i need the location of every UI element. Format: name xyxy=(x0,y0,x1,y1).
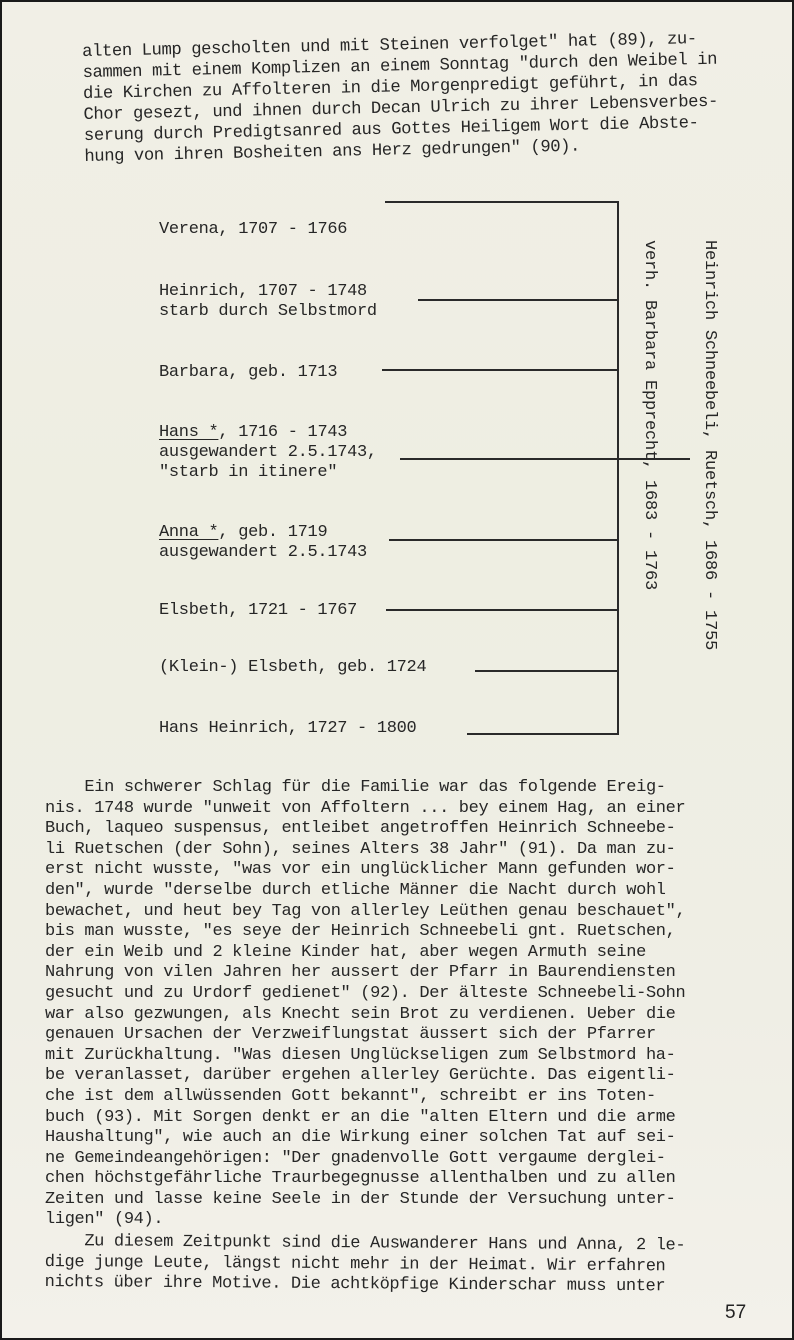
text-line: ligen" (94). xyxy=(45,1210,765,1231)
mother-line: verh. Barbara Epprecht, 1683 - 1763 xyxy=(639,240,659,700)
child-name: (Klein-) Elsbeth xyxy=(159,658,317,677)
child-dates: , geb. 1719 xyxy=(218,523,327,542)
text-line: genauen Ursachen der Verzweiflungstat äu… xyxy=(45,1025,765,1046)
text-line: chen höchstgefährliche Traurbegegnusse a… xyxy=(45,1169,765,1190)
scanned-page: alten Lump gescholten und mit Steinen ve… xyxy=(2,2,792,1338)
child-dates: , 1707 - 1766 xyxy=(218,220,347,239)
child-entry-verena: Verena, 1707 - 1766 xyxy=(159,220,347,240)
child-dates: , 1727 - 1800 xyxy=(288,719,417,738)
child-name: Hans Heinrich xyxy=(159,719,288,738)
child-entry-klein-elsbeth: (Klein-) Elsbeth, geb. 1724 xyxy=(159,658,426,678)
child-note: starb durch Selbstmord xyxy=(159,302,377,321)
child-dates: , 1721 - 1767 xyxy=(228,601,357,620)
child-note: "starb in itinere" xyxy=(159,463,337,482)
child-note: ausgewandert 2.5.1743, xyxy=(159,443,377,462)
child-note: ausgewandert 2.5.1743 xyxy=(159,543,367,562)
paragraph-emigrants: Zu diesem Zeitpunkt sind die Auswanderer… xyxy=(45,1232,765,1299)
child-dates: , geb. 1713 xyxy=(228,363,337,382)
text-line: den", wurde "derselbe durch etliche Männ… xyxy=(45,881,765,902)
child-entry-heinrich: Heinrich, 1707 - 1748 starb durch Selbst… xyxy=(159,282,377,322)
child-entry-anna: Anna *, geb. 1719 ausgewandert 2.5.1743 xyxy=(159,523,367,563)
child-dates: , 1707 - 1748 xyxy=(238,282,367,301)
text-line: Haushaltung", wie auch an die Wirkung ei… xyxy=(45,1128,765,1149)
text-line: ne Gemeindeangehörigen: "Der gnadenvolle… xyxy=(45,1149,765,1170)
connector-anna xyxy=(389,539,619,541)
connector-hans-heinrich xyxy=(467,733,619,735)
text-line: bewachet, und heut bey Tag von allerley … xyxy=(45,902,765,923)
family-tree: Verena, 1707 - 1766 Heinrich, 1707 - 174… xyxy=(2,2,792,802)
connector-klein-elsbeth xyxy=(475,670,619,672)
child-dates: , 1716 - 1743 xyxy=(218,423,347,442)
text-line: buch (93). Mit Sorgen denkt er an die "a… xyxy=(45,1108,765,1129)
child-name: Barbara xyxy=(159,363,228,382)
connector-verena xyxy=(385,201,619,203)
text-line: gesucht und zu Urdorf gedienet" (92). De… xyxy=(45,984,765,1005)
text-line: war also gezwungen, als Knecht sein Brot… xyxy=(45,1005,765,1026)
text-line: der ein Weib und 2 kleine Kinder hat, ab… xyxy=(45,943,765,964)
child-entry-barbara: Barbara, geb. 1713 xyxy=(159,363,337,383)
child-entry-hans-heinrich: Hans Heinrich, 1727 - 1800 xyxy=(159,719,416,739)
connector-heinrich xyxy=(418,299,619,301)
page-number: 57 xyxy=(725,1302,746,1324)
text-line: li Ruetschen (der Sohn), seines Alters 3… xyxy=(45,840,765,861)
text-line: che ist dem allwüssenden Gott bekannt", … xyxy=(45,1087,765,1108)
text-line: mit Zurückhaltung. "Was diesen Unglückse… xyxy=(45,1046,765,1067)
child-name: Elsbeth xyxy=(159,601,228,620)
child-name: Verena xyxy=(159,220,218,239)
child-entry-hans: Hans *, 1716 - 1743 ausgewandert 2.5.174… xyxy=(159,423,377,483)
paragraph-suicide-event: Ein schwerer Schlag für die Familie war … xyxy=(45,778,765,1231)
child-entry-elsbeth: Elsbeth, 1721 - 1767 xyxy=(159,601,357,621)
text-line: Nahrung von vilen Jahren her aussert der… xyxy=(45,963,765,984)
text-line: bis man wusste, "es seye der Heinrich Sc… xyxy=(45,922,765,943)
text-line: nichts über ihre Motive. Die achtköpfige… xyxy=(45,1273,765,1299)
text-line: nis. 1748 wurde "unweit von Affoltern ..… xyxy=(45,799,765,820)
text-line: erst nicht wusste, "was vor ein unglückl… xyxy=(45,860,765,881)
child-name: Anna * xyxy=(159,523,218,542)
child-name: Heinrich xyxy=(159,282,238,301)
child-dates: , geb. 1724 xyxy=(317,658,426,677)
text-line: Zeiten und lasse keine Seele in der Stun… xyxy=(45,1190,765,1211)
parents-label: Heinrich Schneebeli, Ruetsch, 1686 - 175… xyxy=(599,240,759,700)
child-name: Hans * xyxy=(159,423,218,442)
connector-barbara xyxy=(382,369,619,371)
connector-elsbeth xyxy=(386,609,619,611)
father-line: Heinrich Schneebeli, Ruetsch, 1686 - 175… xyxy=(699,240,719,700)
text-line: Ein schwerer Schlag für die Familie war … xyxy=(45,778,765,799)
text-line: be veranlasset, darüber ergehen allerley… xyxy=(45,1066,765,1087)
text-line: Buch, laqueo suspensus, entleibet angetr… xyxy=(45,819,765,840)
